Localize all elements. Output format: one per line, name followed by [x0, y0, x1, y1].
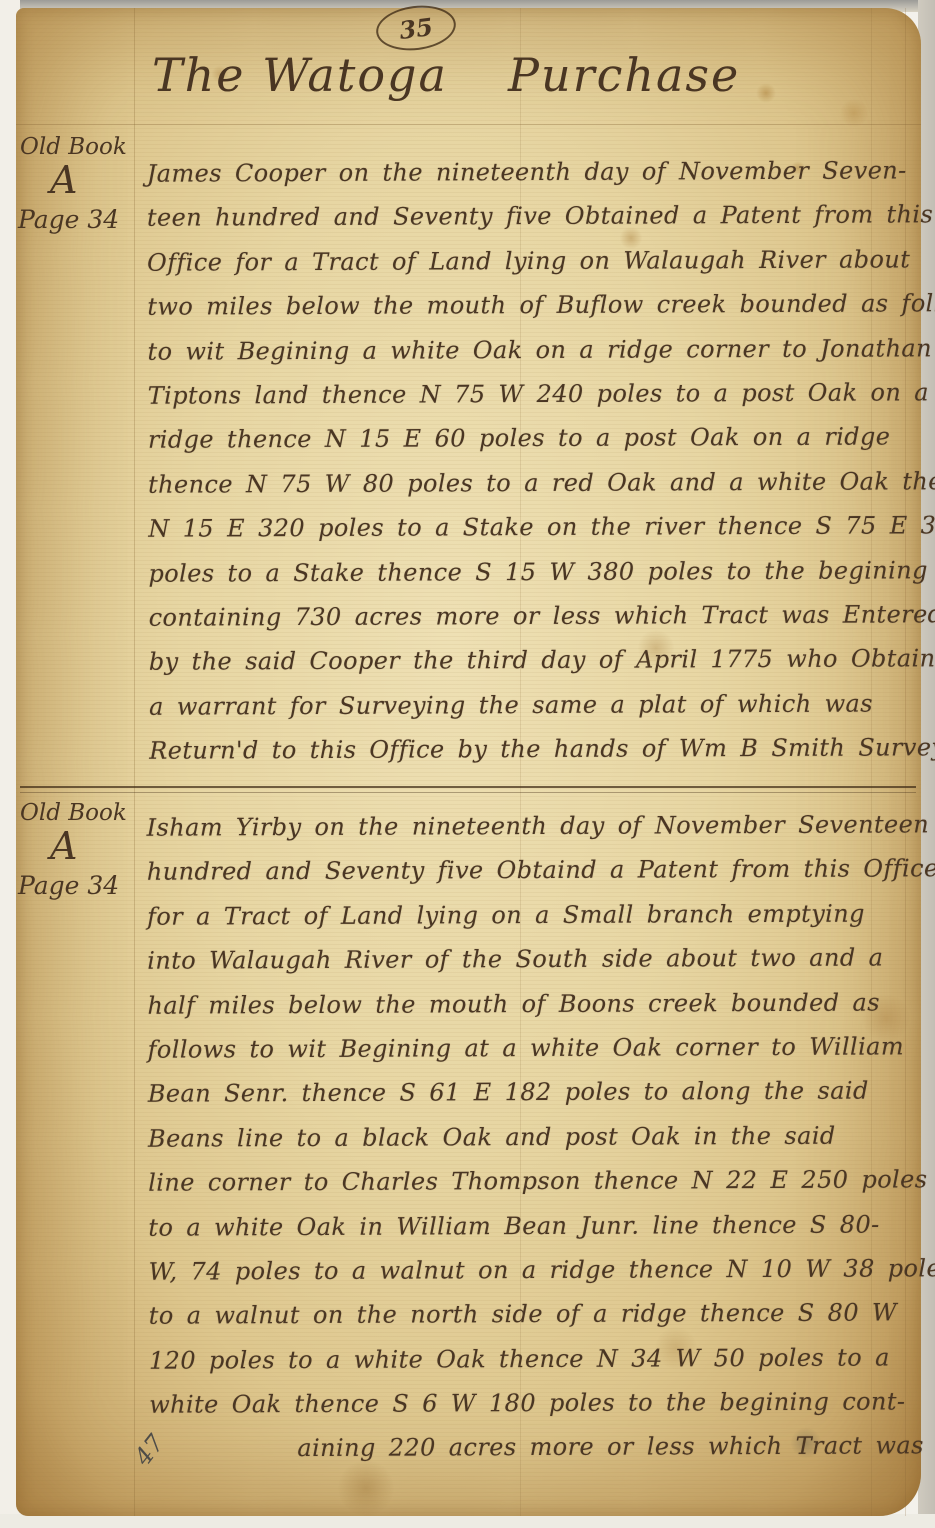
text-line: to a white Oak in William Bean Junr. lin… — [148, 1202, 923, 1250]
text-line: line corner to Charles Thompson thence N… — [148, 1157, 923, 1205]
text-line: James Cooper on the nineteenth day of No… — [147, 148, 922, 196]
margin-note-letter: A — [16, 826, 144, 866]
text-line: half miles below the mouth of Boons cree… — [147, 980, 922, 1028]
margin-note-page: Page 34 — [16, 866, 144, 906]
text-line: poles to a Stake thence S 15 W 380 poles… — [148, 548, 923, 596]
scan-bottom-edge — [0, 1514, 935, 1528]
text-line: follows to wit Begining at a white Oak c… — [148, 1024, 923, 1072]
text-line: Return'd to this Office by the hands of … — [149, 725, 924, 773]
margin-note-entry-1: Old Book A Page 34 — [16, 134, 144, 240]
margin-note-letter: A — [16, 160, 144, 200]
margin-note-entry-2: Old Book A Page 34 — [16, 800, 144, 906]
page-title-right: Purchase — [508, 48, 740, 102]
text-line: by the said Cooper the third day of Apri… — [149, 637, 924, 685]
text-line: Bean Senr. thence S 61 E 182 poles to al… — [148, 1069, 923, 1117]
entry-isham-yirby: Isham Yirby on the nineteenth day of Nov… — [147, 802, 925, 1471]
paper-sheet: 35 The Watoga Purchase Old Book A Page 3… — [16, 8, 921, 1516]
text-line: Isham Yirby on the nineteenth day of Nov… — [147, 802, 922, 850]
text-line: ridge thence N 15 E 60 poles to a post O… — [148, 415, 923, 463]
text-line: two miles below the mouth of Buflow cree… — [147, 281, 922, 329]
text-line: containing 730 acres more or less which … — [149, 592, 924, 640]
margin-note-book: Old Book — [16, 800, 144, 826]
page-title-left: The Watoga — [152, 48, 448, 102]
text-line: a warrant for Surveying the same a plat … — [149, 681, 924, 729]
margin-note-book: Old Book — [16, 134, 144, 160]
text-line: Office for a Tract of Land lying on Wala… — [147, 237, 922, 285]
title-rule-line — [16, 124, 921, 125]
entry-divider-line — [20, 786, 916, 793]
text-line: hundred and Seventy five Obtaind a Paten… — [147, 847, 922, 895]
text-line: aining 220 acres more or less which Trac… — [149, 1424, 924, 1472]
text-line: Tiptons land thence N 75 W 240 poles to … — [148, 370, 923, 418]
deed-book-page-scan: 35 The Watoga Purchase Old Book A Page 3… — [0, 0, 935, 1528]
text-line: into Walaugah River of the South side ab… — [147, 935, 922, 983]
text-line: for a Tract of Land lying on a Small bra… — [147, 891, 922, 939]
page-number-badge: 35 — [374, 1, 459, 54]
entry-james-cooper: James Cooper on the nineteenth day of No… — [147, 148, 925, 773]
text-line: white Oak thence S 6 W 180 poles to the … — [149, 1379, 924, 1427]
page-number: 35 — [398, 12, 435, 45]
text-line: to wit Begining a white Oak on a ridge c… — [147, 326, 922, 374]
text-line: 120 poles to a white Oak thence N 34 W 5… — [149, 1335, 924, 1383]
text-line: teen hundred and Seventy five Obtained a… — [147, 193, 922, 241]
text-line: Beans line to a black Oak and post Oak i… — [148, 1113, 923, 1161]
text-line: N 15 E 320 poles to a Stake on the river… — [148, 503, 923, 551]
text-line: to a walnut on the north side of a ridge… — [149, 1291, 924, 1339]
text-line: thence N 75 W 80 poles to a red Oak and … — [148, 459, 923, 507]
text-line: W, 74 poles to a walnut on a ridge thenc… — [148, 1246, 923, 1294]
margin-note-page: Page 34 — [16, 200, 144, 240]
